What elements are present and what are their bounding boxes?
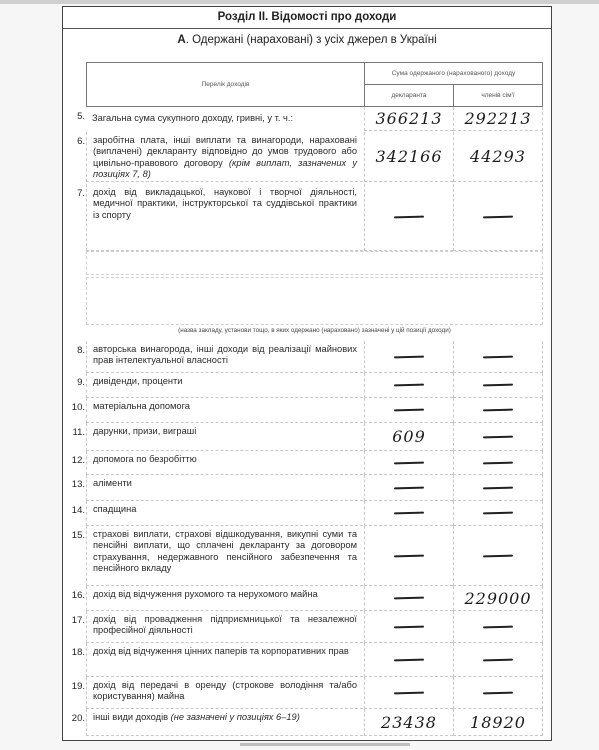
table-row: 7.дохід від викладацької, наукової і тво… [63, 184, 553, 251]
dash-mark [394, 512, 424, 514]
income-type-label: дивіденди, проценти [86, 373, 363, 398]
income-type-text: Загальна сума сукупного доходу, гривні, … [92, 113, 293, 123]
subsection-title: А. Одержані (нараховані) з усіх джерел в… [63, 34, 551, 46]
income-type-label: дохід від провадження підприємницької та… [86, 611, 363, 643]
income-type-text: спадщина [93, 504, 136, 514]
dash-mark [394, 625, 424, 627]
page-bottom-shadow [240, 743, 410, 746]
income-type-text: дохід від викладацької, наукової і творч… [93, 187, 357, 220]
header-income-sum: Сума одержаного (нарахованого) доходу [365, 63, 542, 85]
family-amount [453, 677, 543, 709]
income-type-label: інші види доходів (не зазначені у позиці… [86, 709, 363, 736]
declarant-amount [364, 677, 453, 709]
income-type-text: інші види доходів [93, 712, 171, 722]
table-row: 20.інші види доходів (не зазначені у поз… [63, 709, 553, 736]
declarant-amount [364, 398, 453, 423]
row-number: 7. [63, 188, 85, 199]
family-amount [453, 373, 543, 398]
dash-mark [394, 355, 424, 357]
declarant-amount [364, 475, 453, 501]
dash-mark [483, 486, 513, 488]
income-type-label: авторська винагорода, інші доходи від ре… [86, 341, 363, 373]
row-number: 16. [63, 590, 85, 601]
row-number: 8. [63, 345, 85, 356]
table-row: 13.аліменти [63, 475, 553, 501]
dash-mark [483, 355, 513, 357]
income-type-label: дарунки, призи, виграші [86, 423, 363, 451]
institution-caption: (назва закладу, установи тощо, в яких од… [86, 327, 543, 334]
row-number: 12. [63, 455, 85, 466]
income-type-text: дохід від передачі в оренду (строкове во… [93, 680, 357, 701]
declarant-amount-value: 609 [392, 427, 426, 446]
income-type-text: дивіденди, проценти [93, 376, 183, 386]
family-amount [453, 341, 543, 373]
dash-mark [394, 486, 424, 488]
row-number: 17. [63, 615, 85, 626]
income-type-text: дохід від відчуження цінних паперів та к… [93, 646, 349, 656]
table-row: 16.дохід від відчуження рухомого та неру… [63, 586, 553, 611]
income-type-text: страхові виплати, страхові відшкодування… [93, 529, 357, 573]
table-row: 15.страхові виплати, страхові відшкодува… [63, 526, 553, 586]
row-number: 9. [63, 377, 85, 388]
dash-mark [483, 512, 513, 514]
institution-blank-2 [86, 277, 543, 325]
subsection-letter: А [177, 34, 185, 46]
family-amount [453, 184, 543, 251]
declarant-amount [364, 184, 453, 251]
declarant-amount: 342166 [364, 132, 453, 182]
dash-mark [394, 554, 424, 556]
declarant-amount [364, 451, 453, 475]
table-header: Перелік доходів Сума одержаного (нарахов… [86, 62, 543, 107]
table-row: 8.авторська винагорода, інші доходи від … [63, 341, 553, 373]
family-amount: 18920 [453, 709, 543, 736]
row-number: 14. [63, 505, 85, 516]
income-type-label: Загальна сума сукупного доходу, гривні, … [86, 107, 363, 131]
income-type-text: дохід від відчуження рухомого та нерухом… [93, 589, 318, 599]
income-type-text: дохід від провадження підприємницької та… [93, 614, 357, 635]
dash-mark [483, 216, 513, 218]
table-row: 10.матеріальна допомога [63, 398, 553, 423]
family-amount [453, 643, 543, 677]
income-type-label: аліменти [86, 475, 363, 501]
income-form-sheet: Розділ II. Відомості про доходи А. Одерж… [62, 6, 552, 741]
row-number: 19. [63, 681, 85, 692]
table-row: 9.дивіденди, проценти [63, 373, 553, 398]
declarant-amount: 23438 [364, 709, 453, 736]
income-type-label: спадщина [86, 501, 363, 526]
table-row: 18.дохід від відчуження цінних паперів т… [63, 643, 553, 677]
family-amount: 292213 [453, 107, 543, 131]
income-type-label: заробітна плата, інші виплати та винагор… [86, 132, 363, 182]
family-amount [453, 451, 543, 475]
declarant-amount: 609 [364, 423, 453, 451]
dash-mark [394, 658, 424, 660]
dash-mark [394, 691, 424, 693]
dash-mark [483, 658, 513, 660]
dash-mark [483, 461, 513, 463]
declarant-amount [364, 643, 453, 677]
header-income-list: Перелік доходів [87, 63, 365, 106]
declarant-amount [364, 501, 453, 526]
table-row: 14.спадщина [63, 501, 553, 526]
table-row: 6.заробітна плата, інші виплати та винаг… [63, 132, 553, 182]
declarant-amount: 366213 [364, 107, 453, 131]
row-number: 18. [63, 647, 85, 658]
family-amount [453, 501, 543, 526]
income-type-label: страхові виплати, страхові відшкодування… [86, 526, 363, 586]
dash-mark [394, 384, 424, 386]
declarant-amount-value: 23438 [381, 713, 437, 732]
dash-mark [483, 435, 513, 437]
row-number: 11. [63, 427, 85, 438]
income-type-text: дарунки, призи, виграші [93, 426, 196, 436]
table-row: 17.дохід від провадження підприємницької… [63, 611, 553, 643]
table-row: 5.Загальна сума сукупного доходу, гривні… [63, 107, 553, 131]
income-type-label: дохід від викладацької, наукової і творч… [86, 184, 363, 251]
declarant-amount-value: 342166 [375, 147, 442, 166]
table-row: 19.дохід від передачі в оренду (строкове… [63, 677, 553, 709]
declarant-amount [364, 586, 453, 611]
income-type-label: матеріальна допомога [86, 398, 363, 423]
family-amount-value: 292213 [464, 109, 531, 128]
dash-mark [483, 625, 513, 627]
dash-mark [483, 409, 513, 411]
family-amount [453, 398, 543, 423]
declarant-amount [364, 526, 453, 586]
header-family: членів сім'ї [454, 85, 542, 106]
dash-mark [483, 691, 513, 693]
income-type-label: дохід від відчуження цінних паперів та к… [86, 643, 363, 677]
income-type-text: матеріальна допомога [93, 401, 190, 411]
row-number: 15. [63, 530, 85, 541]
row-number: 13. [63, 479, 85, 490]
income-type-text: аліменти [93, 478, 132, 488]
income-type-text: авторська винагорода, інші доходи від ре… [93, 344, 357, 365]
dash-mark [394, 216, 424, 218]
declarant-amount [364, 373, 453, 398]
family-amount: 44293 [453, 132, 543, 182]
dash-mark [483, 554, 513, 556]
table-row: 11.дарунки, призи, виграші609 [63, 423, 553, 451]
row-number: 6. [63, 136, 85, 147]
family-amount: 229000 [453, 586, 543, 611]
page-top-edge [0, 0, 599, 4]
income-type-label: допомога по безробіттю [86, 451, 363, 475]
dash-mark [394, 461, 424, 463]
income-type-note: (не зазначені у позиціях 6–19) [171, 712, 300, 722]
header-declarant: декларанта [365, 85, 454, 106]
section-title: Розділ II. Відомості про доходи [63, 7, 551, 29]
family-amount-value: 229000 [464, 589, 531, 608]
family-amount-value: 18920 [470, 713, 526, 732]
row-number: 5. [63, 111, 85, 122]
row-number: 10. [63, 402, 85, 413]
dash-mark [483, 384, 513, 386]
family-amount-value: 44293 [470, 147, 526, 166]
income-type-label: дохід від відчуження рухомого та нерухом… [86, 586, 363, 611]
subsection-text: . Одержані (нараховані) з усіх джерел в … [186, 34, 437, 46]
row-number: 20. [63, 713, 85, 724]
declarant-amount-value: 366213 [375, 109, 442, 128]
income-type-text: допомога по безробіттю [93, 454, 197, 464]
declarant-amount [364, 341, 453, 373]
family-amount [453, 611, 543, 643]
table-row: 12.допомога по безробіттю [63, 451, 553, 475]
dash-mark [394, 409, 424, 411]
family-amount [453, 526, 543, 586]
institution-blank-1 [86, 251, 543, 275]
declarant-amount [364, 611, 453, 643]
dash-mark [394, 597, 424, 599]
income-type-label: дохід від передачі в оренду (строкове во… [86, 677, 363, 709]
family-amount [453, 423, 543, 451]
family-amount [453, 475, 543, 501]
